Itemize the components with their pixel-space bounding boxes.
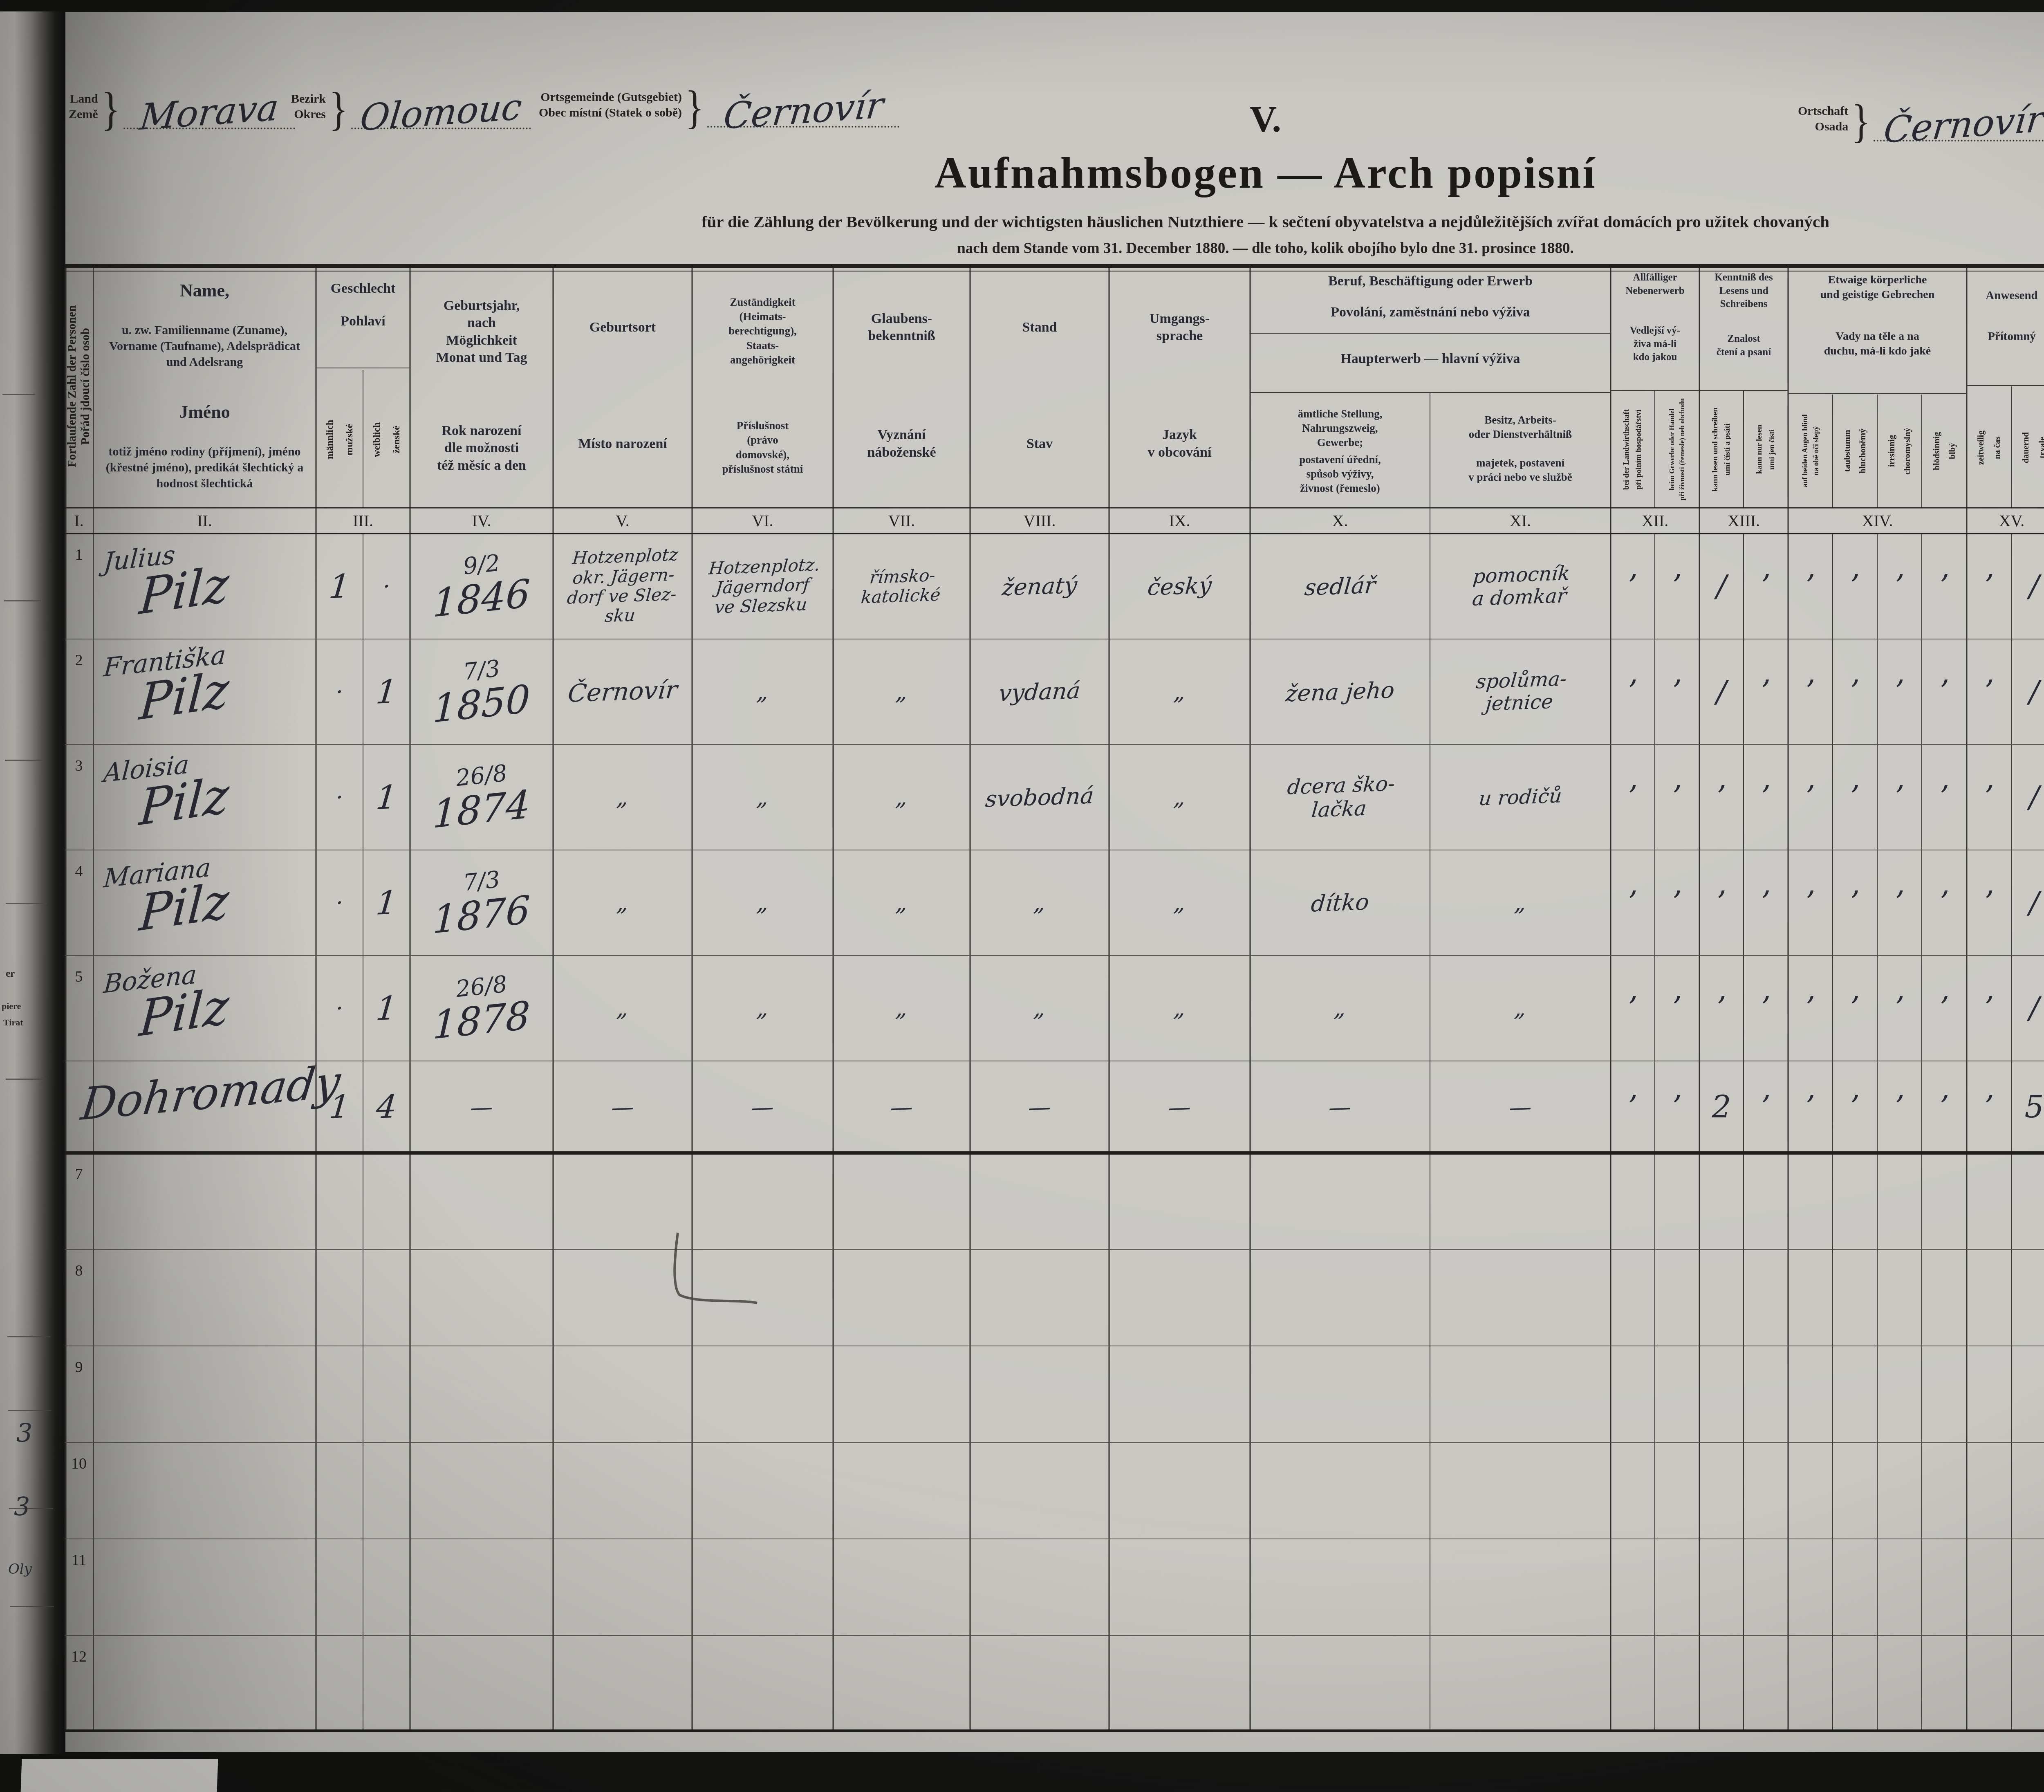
- row-number: 10: [65, 1442, 93, 1539]
- tick-cell: ’: [1744, 639, 1788, 745]
- facing-page-text-fragment: er: [6, 968, 15, 980]
- religion-cell: „: [828, 953, 975, 1063]
- status-cell: „: [965, 953, 1114, 1063]
- row-number: 7: [65, 1153, 93, 1249]
- field-ortschaft-label: OrtschaftOsada: [1798, 103, 1848, 141]
- birthplace-cell: „: [548, 848, 697, 958]
- column-header-glaubensbekenntnis: Glaubens- bekenntniß Vyznání náboženské: [833, 264, 970, 508]
- tick-cell: ’: [1699, 850, 1744, 955]
- tick-cell: ’: [1877, 745, 1922, 850]
- scanned-census-document: { "left_page": { "frag_1": "er", "frag_2…: [0, 0, 2044, 1792]
- tick-cell: ’: [1877, 955, 1922, 1061]
- tick-cell: ’: [1967, 955, 2012, 1061]
- tick-cell: ’: [1655, 534, 1699, 639]
- roman-numeral: X.: [1250, 508, 1430, 534]
- tick-cell: ∕: [2012, 534, 2044, 639]
- tick-cell: ’: [1655, 639, 1699, 745]
- facing-page-handwritten-mark: 3: [16, 1418, 32, 1448]
- summary-literacy-total: 2: [1699, 1061, 1744, 1153]
- facing-page-text-fragment: Tirat: [3, 1017, 23, 1028]
- birthplace-cell: Černovír: [548, 637, 697, 747]
- sex-male-cell: ·: [311, 638, 368, 745]
- brace-glyph: }: [101, 87, 120, 133]
- subcol-male-label: männlich mužské: [316, 374, 363, 505]
- religion-cell: „: [828, 848, 975, 958]
- subcol-female-label: weiblich ženské: [363, 374, 410, 505]
- tick-cell: ’: [1833, 955, 1877, 1061]
- language-cell: „: [1104, 848, 1255, 958]
- bottom-left-underpage: [21, 1759, 218, 1792]
- property-cell: pomocník a domkař: [1425, 530, 1616, 642]
- sex-female-cell: 1: [358, 849, 415, 956]
- home-right-cell: „: [687, 953, 838, 1063]
- field-bezirk-label: BezirkOkres: [291, 91, 326, 129]
- sex-female-cell: 1: [358, 955, 415, 1062]
- column-header-gebrechen: Etwaige körperliche und geistige Gebrech…: [1788, 264, 1967, 508]
- tick-cell: ’: [1655, 1061, 1699, 1153]
- tick-cell: ’: [1877, 850, 1922, 955]
- sex-female-cell: ·: [358, 533, 415, 640]
- row-number: 9: [65, 1346, 93, 1442]
- tick-cell: ’: [1877, 534, 1922, 639]
- sex-male-cell: ·: [311, 955, 368, 1062]
- roman-numeral: III.: [316, 508, 410, 534]
- tick-cell: ’: [1788, 850, 1833, 955]
- field-ortschaft: OrtschaftOsada } Černovír: [1798, 91, 2044, 141]
- tick-cell: ∕: [2012, 955, 2044, 1061]
- birthdate-cell: 9/21846: [410, 534, 553, 639]
- column-header-geschlecht: Geschlecht Pohlaví männlich mužské weibl…: [316, 264, 410, 508]
- occupation-cell: sedlář: [1245, 530, 1435, 642]
- brace-glyph: }: [1851, 100, 1870, 145]
- name-cell: Božena Pilz: [93, 955, 316, 1061]
- home-right-cell: „: [687, 848, 838, 958]
- tick-cell: ’: [1611, 1061, 1655, 1153]
- column-header-geburtsort: Geburtsort Místo narození: [553, 264, 692, 508]
- sex-female-cell: 1: [358, 744, 415, 851]
- summary-dash: —: [549, 1059, 696, 1155]
- field-land-line: Morava: [123, 78, 295, 129]
- roman-numeral: XII.: [1611, 508, 1699, 534]
- facing-page-text-fragment: piere: [2, 1001, 21, 1012]
- occupation-cell: žena jeho: [1245, 636, 1435, 747]
- birthplace-cell: „: [548, 953, 697, 1063]
- tick-cell: ’: [1744, 745, 1788, 850]
- page-title: Aufnahmsbogen — Arch popisní: [65, 148, 2044, 199]
- birthplace-cell: „: [548, 742, 697, 852]
- summary-dash: —: [966, 1059, 1113, 1155]
- tick-cell: ∕: [2012, 639, 2044, 745]
- tick-cell: ’: [1611, 639, 1655, 745]
- tick-cell: ’: [1655, 745, 1699, 850]
- property-cell: u rodičů: [1425, 741, 1616, 853]
- brace-glyph: }: [685, 86, 704, 131]
- tick-cell: ∕: [1699, 639, 1744, 745]
- birthplace-cell: Hotzenplotz okr. Jägern- dorf ve Slez- s…: [548, 531, 697, 641]
- tick-cell: ’: [1877, 1061, 1922, 1153]
- field-bezirk: BezirkOkres } Olomouc: [291, 78, 531, 129]
- summary-female-total: 4: [359, 1060, 414, 1154]
- occupation-cell: dítko: [1245, 847, 1435, 958]
- summary-dash: —: [688, 1059, 837, 1155]
- roman-numeral: IV.: [410, 508, 553, 534]
- column-header-stand: Stand Stav: [970, 264, 1109, 508]
- column-header-i: Fortlaufende Zahl der Personen Pořád jdo…: [65, 264, 93, 508]
- field-ortsgemeinde: Ortsgemeinde (Gutsgebiet)Obec místní (St…: [539, 77, 899, 128]
- column-header-name: Name, u. zw. Familienname (Zuname), Vorn…: [93, 264, 316, 508]
- field-ortschaft-line: Černovír: [1874, 91, 2044, 141]
- tick-cell: ’: [1611, 534, 1655, 639]
- tick-cell: ’: [1788, 955, 1833, 1061]
- row-number: 5: [65, 955, 93, 1061]
- status-cell: „: [965, 848, 1114, 958]
- summary-dash: —: [1246, 1058, 1434, 1156]
- tick-cell: ’: [1967, 850, 2012, 955]
- property-cell: „: [1425, 952, 1616, 1064]
- tick-cell: ∕: [2012, 745, 2044, 850]
- tick-cell: ’: [1922, 955, 1967, 1061]
- tick-cell: ∕: [1699, 534, 1744, 639]
- tick-cell: ’: [1922, 850, 1967, 955]
- sex-female-cell: 1: [358, 638, 415, 745]
- column-header-xi: Besitz, Arbeits- oder Dienstverhältniß: [1430, 413, 1611, 442]
- name-cell: Julius Pilz: [93, 534, 316, 639]
- row-number: 11: [65, 1539, 93, 1635]
- tick-cell: ’: [1611, 850, 1655, 955]
- roman-numeral: I.: [65, 508, 93, 534]
- tick-cell: ’: [1699, 955, 1744, 1061]
- religion-cell: „: [828, 742, 975, 852]
- roman-numeral: VI.: [692, 508, 833, 534]
- tick-cell: ∕: [2012, 850, 2044, 955]
- summary-dash: —: [1105, 1059, 1254, 1155]
- census-table: Fortlaufende Zahl der Personen Pořád jdo…: [65, 264, 2044, 1732]
- row-number: 1: [65, 534, 93, 639]
- field-ortsgemeinde-line: Černovír: [707, 77, 899, 128]
- name-cell: Aloisia Pilz: [93, 745, 316, 850]
- tick-cell: ’: [1922, 639, 1967, 745]
- property-cell: „: [1425, 847, 1616, 958]
- status-cell: ženatý: [965, 531, 1114, 641]
- language-cell: „: [1104, 953, 1255, 1063]
- roman-numeral: XIII.: [1699, 508, 1788, 534]
- tick-cell: ’: [1788, 639, 1833, 745]
- tick-cell: ’: [1922, 534, 1967, 639]
- tick-cell: ’: [1744, 534, 1788, 639]
- facing-page-edge: er piere Tirat 3 3 Oly: [0, 11, 65, 1754]
- name-cell: Mariana Pilz: [93, 850, 316, 955]
- column-header-zustaendigkeit: Zuständigkeit (Heimats- berechtigung), S…: [692, 264, 833, 508]
- tick-cell: ’: [1877, 639, 1922, 745]
- tick-cell: ’: [1788, 745, 1833, 850]
- column-header-geburtsjahr: Geburtsjahr, nach Möglichkeit Monat und …: [410, 264, 553, 508]
- tick-cell: ’: [1833, 639, 1877, 745]
- tick-cell: ’: [1967, 745, 2012, 850]
- tick-cell: ’: [1967, 639, 2012, 745]
- religion-cell: římsko- katolické: [828, 531, 975, 641]
- tick-cell: ’: [1699, 745, 1744, 850]
- row-number: 12: [65, 1635, 93, 1732]
- tick-cell: ’: [1611, 745, 1655, 850]
- column-header-nebenerwerb: Allfälliger Nebenerwerb Vedlejší vý- živ…: [1611, 264, 1699, 508]
- language-cell: „: [1104, 742, 1255, 852]
- birthdate-cell: 26/81878: [410, 955, 553, 1061]
- page-subtitle-date: nach dem Stande vom 31. December 1880. —…: [65, 240, 2044, 257]
- summary-label: Dohromady: [79, 1050, 319, 1127]
- status-cell: svobodná: [965, 742, 1114, 852]
- birthdate-cell: 26/81874: [410, 745, 553, 850]
- page-subtitle: für die Zählung der Bevölkerung und der …: [65, 212, 2044, 231]
- language-cell: „: [1104, 637, 1255, 747]
- row-number: 2: [65, 639, 93, 745]
- occupation-cell: „: [1245, 952, 1435, 1064]
- facing-page-handwritten-mark: Oly: [8, 1561, 32, 1577]
- row-number: 4: [65, 850, 93, 955]
- roman-numeral: XIV.: [1788, 508, 1967, 534]
- tick-cell: ’: [1922, 1061, 1967, 1153]
- roman-numeral: V.: [553, 508, 692, 534]
- tick-cell: ’: [1833, 1061, 1877, 1153]
- religion-cell: „: [828, 637, 975, 747]
- name-cell: Františka Pilz: [93, 639, 316, 745]
- tick-cell: ’: [1655, 955, 1699, 1061]
- home-right-cell: „: [687, 742, 838, 852]
- column-header-x: ämtliche Stellung, Nahrungszweig, Gewerb…: [1250, 407, 1430, 450]
- tick-cell: ’: [1611, 955, 1655, 1061]
- summary-dash: —: [406, 1059, 557, 1155]
- language-cell: český: [1104, 531, 1255, 641]
- tick-cell: ’: [1744, 850, 1788, 955]
- tick-cell: ’: [1922, 745, 1967, 850]
- tick-cell: ’: [1833, 534, 1877, 639]
- home-right-cell: „: [687, 637, 838, 747]
- facing-page-handwritten-mark: 3: [14, 1491, 30, 1521]
- summary-male-total: 1: [312, 1060, 367, 1154]
- tick-cell: ’: [1744, 1061, 1788, 1153]
- column-header-lesen-schreiben: Kenntniß des Lesens und Schreibens Znalo…: [1699, 264, 1788, 508]
- sex-male-cell: 1: [311, 533, 368, 640]
- field-land: LandZemě } Morava: [69, 78, 295, 129]
- column-header-anwesend: Anwesend Přítomný zeitweilig na čas daue…: [1967, 264, 2044, 508]
- field-land-label: LandZemě: [69, 91, 98, 129]
- roman-numeral: IX.: [1109, 508, 1250, 534]
- summary-dash: —: [1425, 1058, 1615, 1156]
- tick-cell: ’: [1967, 534, 2012, 639]
- property-cell: spolůma- jetnice: [1425, 636, 1616, 747]
- tick-cell: ’: [1967, 1061, 2012, 1153]
- tick-cell: ’: [1788, 534, 1833, 639]
- column-header-beruf-group: Beruf, Beschäftigung oder Erwerb Povolán…: [1250, 264, 1611, 508]
- tick-cell: ’: [1833, 745, 1877, 850]
- occupation-cell: dcera ško- lačka: [1245, 741, 1435, 853]
- row-number: 3: [65, 745, 93, 850]
- roman-numeral: XI.: [1430, 508, 1611, 534]
- summary-label-cell: Dohromady: [93, 1061, 316, 1153]
- roman-numeral: VII.: [833, 508, 970, 534]
- roman-numeral: XV.: [1967, 508, 2044, 534]
- birthdate-cell: 7/31876: [410, 850, 553, 955]
- sex-male-cell: ·: [311, 744, 368, 851]
- summary-dash: —: [829, 1059, 975, 1155]
- tick-cell: ’: [1788, 1061, 1833, 1153]
- tick-cell: ’: [1744, 955, 1788, 1061]
- summary-present-total: 5: [2012, 1061, 2044, 1153]
- field-ortsgemeinde-label: Ortsgemeinde (Gutsgebiet)Obec místní (St…: [539, 90, 682, 128]
- status-cell: vydaná: [965, 637, 1114, 747]
- pencil-mark: [675, 1233, 757, 1303]
- row-number: 8: [65, 1249, 93, 1346]
- roman-numeral: VIII.: [970, 508, 1109, 534]
- sex-male-cell: ·: [311, 849, 368, 956]
- home-right-cell: Hotzenplotz. Jägerndorf ve Slezsku: [687, 531, 838, 641]
- birthdate-cell: 7/31850: [410, 639, 553, 745]
- tick-cell: ’: [1833, 850, 1877, 955]
- tick-cell: ’: [1655, 850, 1699, 955]
- brace-glyph: }: [329, 87, 348, 133]
- field-bezirk-line: Olomouc: [351, 78, 531, 129]
- column-header-umgangssprache: Umgangs- sprache Jazyk v obcování: [1109, 264, 1250, 508]
